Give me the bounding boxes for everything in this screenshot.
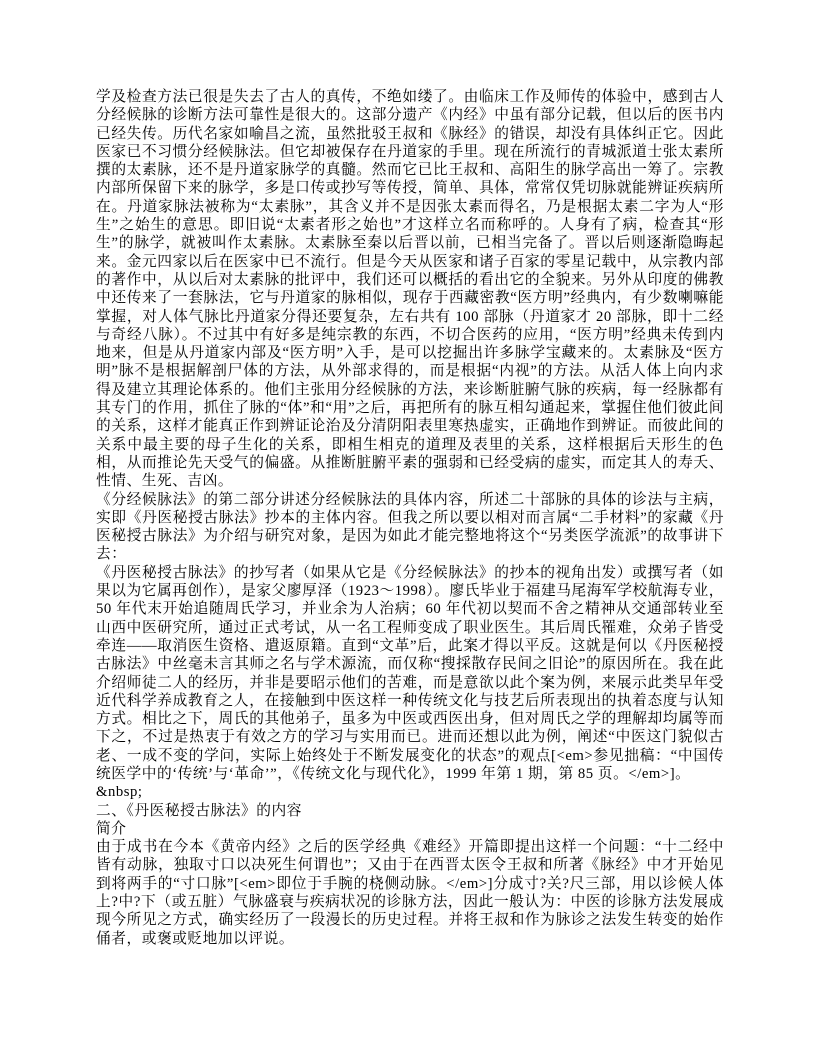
html-entity-line: &nbsp;	[96, 783, 724, 801]
section-heading: 二、《丹医秘授古脉法》的内容	[96, 802, 724, 820]
subsection-heading: 简介	[96, 820, 724, 838]
paragraph-fenjing-houmai-summary: 《分经候脉法》的第二部分讲述分经候脉法的具体内容，所述二十部脉的具体的诊法与主病…	[96, 491, 724, 564]
document-page: 学及检查方法已很是失去了古人的真传，不绝如缕了。由临床工作及师传的体验中，感到古…	[0, 0, 816, 1056]
paragraph-intro-content: 由于成书在今本《黄帝内经》之后的医学经典《难经》开篇即提出这样一个问题：“十二经…	[96, 838, 724, 948]
document-body: 学及检查方法已很是失去了古人的真传，不绝如缕了。由临床工作及师传的体验中，感到古…	[96, 88, 724, 948]
paragraph-copyist-history: 《丹医秘授古脉法》的抄写者（如果从它是《分经候脉法》的抄本的视角出发）或撰写者（…	[96, 564, 724, 784]
paragraph-body-continuation: 学及检查方法已很是失去了古人的真传，不绝如缕了。由临床工作及师传的体验中，感到古…	[96, 88, 724, 491]
